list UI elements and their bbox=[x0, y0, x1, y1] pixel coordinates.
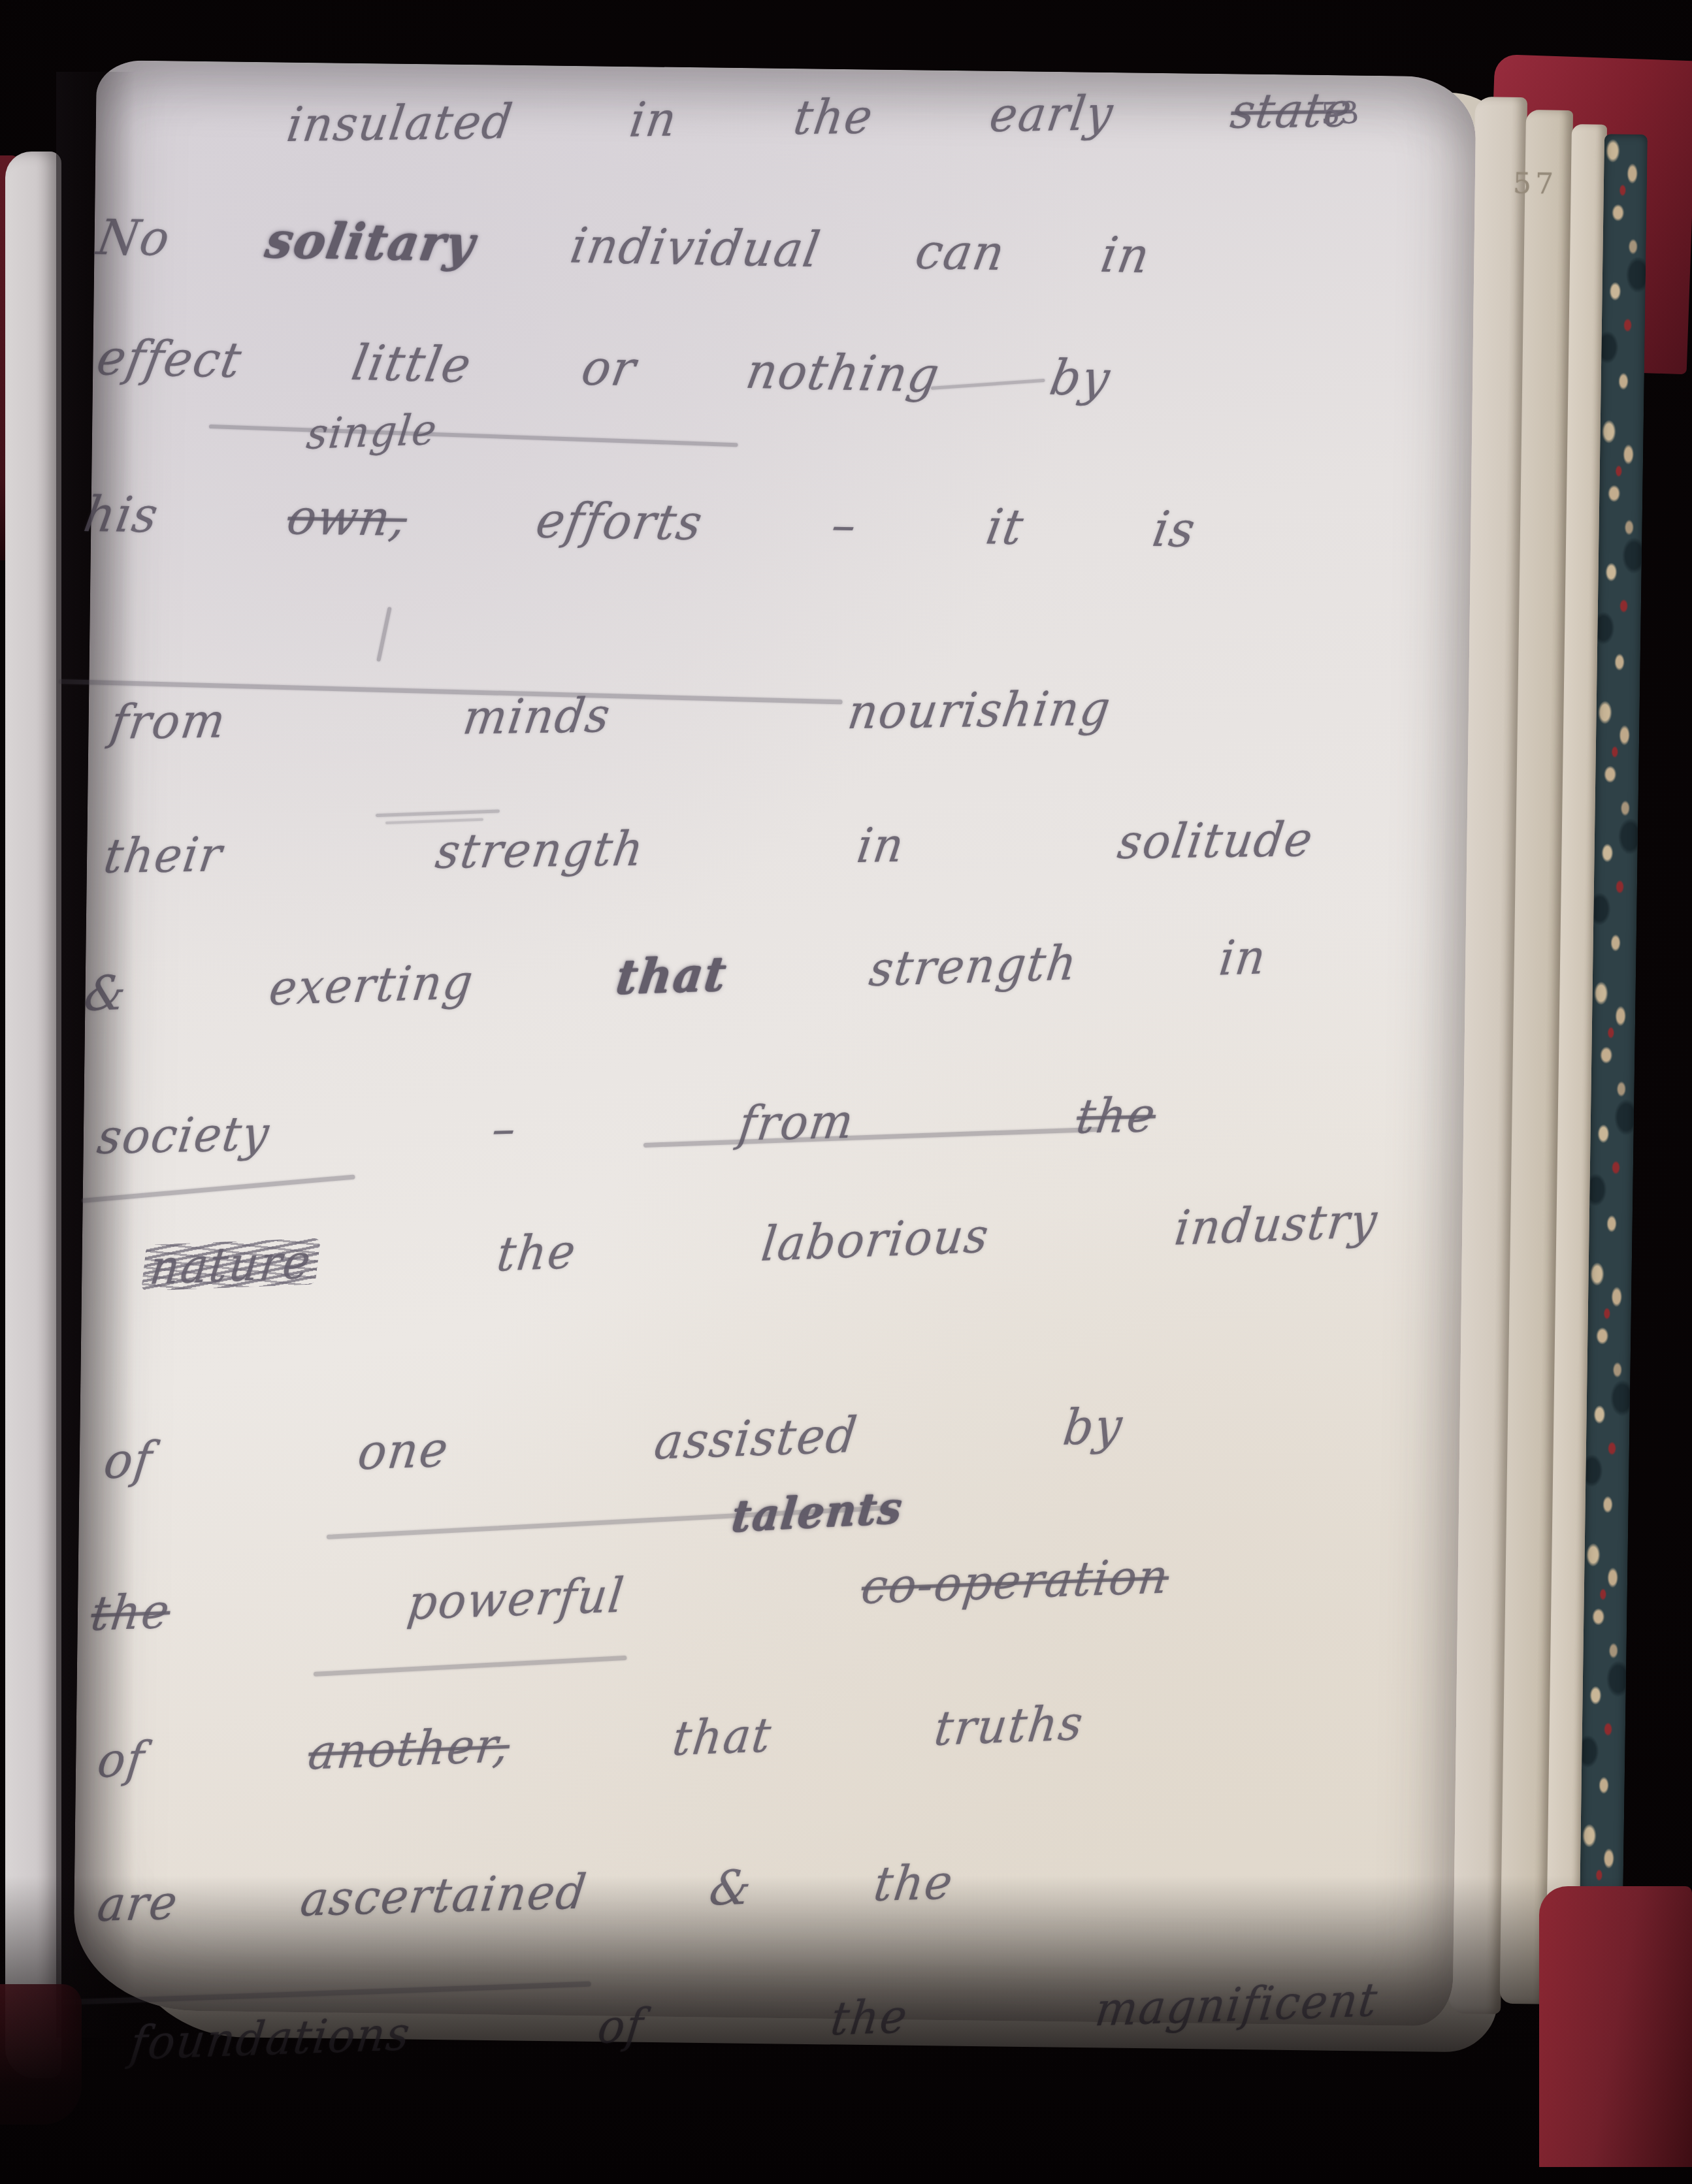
handwritten-word: the bbox=[828, 1990, 911, 2047]
handwritten-word: solitary bbox=[261, 211, 480, 272]
page-number-current: 53 bbox=[1320, 95, 1359, 131]
handwritten-word: ascertained bbox=[297, 1864, 590, 1927]
handwritten-word: & bbox=[706, 1859, 756, 1916]
handwriting-line: hisown,efforts–itis bbox=[84, 487, 1196, 557]
handwritten-word: by bbox=[1060, 1397, 1126, 1456]
handwritten-word: it bbox=[983, 498, 1029, 556]
handwritten-word: laborious bbox=[758, 1208, 992, 1272]
handwritten-word: is bbox=[1148, 500, 1200, 558]
handwritten-word: powerful bbox=[404, 1567, 627, 1631]
handwritten-word: or bbox=[578, 339, 641, 397]
pencil-stroke bbox=[82, 1174, 355, 1203]
handwritten-word: strength bbox=[866, 935, 1081, 997]
leather-cover-bottom-right bbox=[1539, 1886, 1692, 2167]
handwriting-line: foundationsofthemagnificent bbox=[130, 1974, 1379, 2070]
handwritten-word: little bbox=[348, 334, 476, 394]
pencil-stroke bbox=[376, 809, 500, 817]
pencil-stroke bbox=[376, 607, 392, 662]
handwritten-word: his bbox=[80, 485, 163, 543]
handwritten-word: individual bbox=[566, 217, 825, 278]
handwritten-word: one bbox=[355, 1421, 453, 1481]
handwritten-word: of bbox=[594, 1999, 647, 2055]
handwritten-word: by bbox=[1046, 349, 1115, 407]
handwritten-word: effect bbox=[93, 329, 246, 389]
leather-cover-bottom-left bbox=[0, 1984, 82, 2125]
handwritten-word: in bbox=[1097, 226, 1155, 283]
handwritten-word: magnificent bbox=[1092, 1974, 1381, 2038]
handwritten-word: – bbox=[489, 1100, 521, 1157]
pencil-stroke bbox=[62, 1982, 591, 2005]
handwriting-line: ofoneassistedby bbox=[104, 1398, 1124, 1488]
handwritten-word: & bbox=[82, 965, 131, 1022]
handwritten-word: in bbox=[626, 91, 681, 148]
handwritten-word: are bbox=[94, 1874, 182, 1933]
handwriting-line: theirstrengthinsolitude bbox=[104, 812, 1313, 883]
handwritten-word: nothing bbox=[742, 342, 945, 403]
handwritten-word: in bbox=[1216, 929, 1270, 986]
handwritten-word: another, bbox=[305, 1717, 513, 1781]
handwritten-word: early bbox=[986, 86, 1118, 143]
handwritten-word: nature bbox=[147, 1234, 315, 1296]
handwriting-line: effectlittleornothingby bbox=[97, 330, 1111, 406]
handwritten-word: insulated bbox=[284, 93, 517, 152]
handwritten-word: assisted bbox=[651, 1406, 861, 1471]
handwriting-line: insulatedintheearlystate bbox=[287, 83, 1352, 152]
handwritten-word: co-operation bbox=[858, 1549, 1173, 1615]
handwriting-line: ofanother,thattruths bbox=[97, 1696, 1084, 1788]
handwritten-word: that bbox=[613, 945, 730, 1005]
handwritten-word: nourishing bbox=[844, 681, 1114, 740]
handwritten-word: society bbox=[94, 1106, 273, 1165]
handwritten-word: industry bbox=[1171, 1193, 1380, 1257]
handwritten-word: exerting bbox=[267, 954, 478, 1016]
handwriting-line: frommindsnourishing bbox=[110, 682, 1111, 749]
handwritten-word: – bbox=[828, 496, 862, 553]
pencil-stroke bbox=[314, 1656, 627, 1677]
handwriting-line: naturethelaboriousindustry bbox=[149, 1194, 1378, 1294]
handwritten-word: can bbox=[911, 223, 1010, 281]
handwritten-word: solitude bbox=[1114, 811, 1317, 870]
handwritten-word: foundations bbox=[127, 2007, 414, 2071]
handwritten-word: the bbox=[790, 89, 877, 146]
handwriting-line: &exertingthatstrengthin bbox=[84, 929, 1268, 1021]
handwritten-word: in bbox=[854, 817, 909, 873]
handwriting-line: areascertained&the bbox=[97, 1855, 954, 1931]
handwriting-line: society–fromthe bbox=[97, 1088, 1156, 1164]
handwriting-line: thepowerfulco-operation bbox=[91, 1549, 1170, 1641]
handwritten-word: truths bbox=[932, 1695, 1087, 1756]
handwritten-word: of bbox=[101, 1431, 157, 1490]
handwritten-word: No bbox=[93, 208, 175, 266]
handwritten-word: the bbox=[1073, 1087, 1160, 1144]
handwritten-word: the bbox=[88, 1583, 174, 1642]
handwritten-word: efforts bbox=[532, 492, 708, 551]
handwritten-word: the bbox=[494, 1223, 579, 1282]
manuscript-photo: 53 57 insulatedintheearlystateNosolitary… bbox=[0, 0, 1692, 2184]
page-number-next-leaf: 57 bbox=[1513, 167, 1558, 201]
handwritten-word: that bbox=[670, 1707, 775, 1767]
handwriting-layer: 53 57 insulatedintheearlystateNosolitary… bbox=[0, 0, 1692, 2184]
handwritten-word: strength bbox=[432, 821, 648, 880]
handwritten-word: their bbox=[101, 827, 227, 884]
handwritten-word: the bbox=[871, 1854, 957, 1912]
handwritten-word: of bbox=[95, 1731, 148, 1789]
handwritten-word: own, bbox=[284, 489, 412, 547]
handwriting-line: Nosolitaryindividualcanin bbox=[97, 209, 1150, 283]
handwritten-word: from bbox=[107, 693, 230, 750]
